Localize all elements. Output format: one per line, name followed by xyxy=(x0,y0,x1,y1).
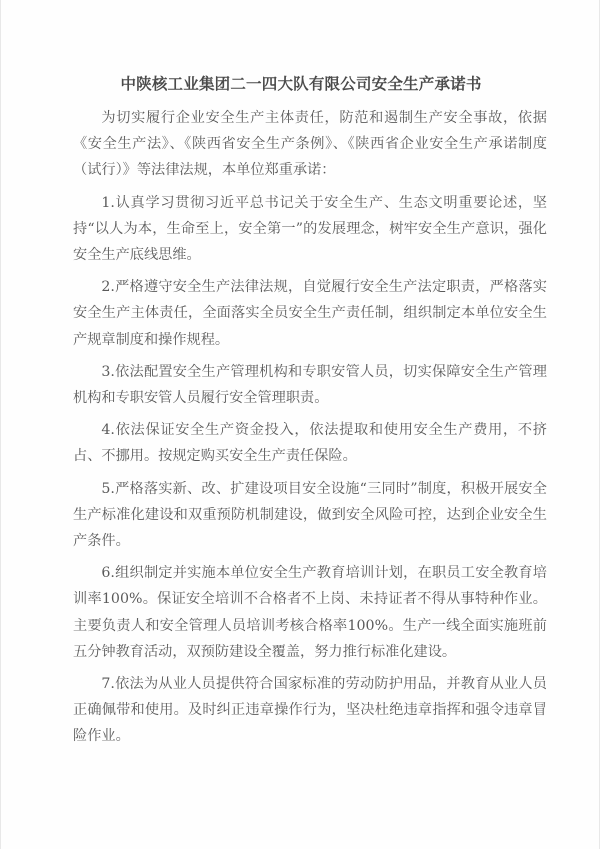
commitment-item-3: 3.依法配置安全生产管理机构和专职安管人员，切实保障安全生产管理机构和专职安管人… xyxy=(73,359,547,411)
item-number: 3. xyxy=(101,364,115,380)
commitment-item-4: 4.依法保证安全生产资金投入，依法提取和使用安全生产费用，不挤占、不挪用。按规定… xyxy=(73,417,547,469)
item-number: 4. xyxy=(101,422,115,438)
item-number: 7. xyxy=(101,676,115,692)
item-text: 依法保证安全生产资金投入，依法提取和使用安全生产费用，不挤占、不挪用。按规定购买… xyxy=(73,422,547,464)
commitment-item-7: 7.依法为从业人员提供符合国家标准的劳动防护用品，并教育从业人员正确佩带和使用。… xyxy=(73,671,547,750)
item-text: 组织制定并实施本单位安全生产教育培训计划，在职员工安全教育培训率100%。保证安… xyxy=(73,565,547,660)
commitment-item-2: 2.严格遵守安全生产法律法规，自觉履行安全生产法定职责，严格落实安全生产主体责任… xyxy=(73,274,547,353)
commitment-item-5: 5.严格落实新、改、扩建设项目安全设施“三同时”制度，积极开展安全生产标准化建设… xyxy=(73,476,547,555)
item-text: 严格落实新、改、扩建设项目安全设施“三同时”制度，积极开展安全生产标准化建设和双… xyxy=(73,481,547,549)
document-title: 中陕核工业集团二一四大队有限公司安全生产承诺书 xyxy=(1,72,600,94)
document-body: 为切实履行企业安全生产主体责任，防范和遏制生产安全事故，依据《安全生产法》、《陕… xyxy=(73,105,547,756)
intro-paragraph: 为切实履行企业安全生产主体责任，防范和遏制生产安全事故，依据《安全生产法》、《陕… xyxy=(73,105,547,184)
item-number: 5. xyxy=(101,481,115,497)
item-text: 依法为从业人员提供符合国家标准的劳动防护用品，并教育从业人员正确佩带和使用。及时… xyxy=(73,676,547,744)
item-number: 2. xyxy=(101,279,115,295)
document-page: 中陕核工业集团二一四大队有限公司安全生产承诺书 为切实履行企业安全生产主体责任，… xyxy=(0,0,600,849)
item-number: 1. xyxy=(101,195,115,211)
item-text: 严格遵守安全生产法律法规，自觉履行安全生产法定职责，严格落实安全生产主体责任，全… xyxy=(73,279,547,347)
item-text: 认真学习贯彻习近平总书记关于安全生产、生态文明重要论述，坚持“以人为本，生命至上… xyxy=(73,195,547,263)
commitment-item-1: 1.认真学习贯彻习近平总书记关于安全生产、生态文明重要论述，坚持“以人为本，生命… xyxy=(73,190,547,269)
item-text: 依法配置安全生产管理机构和专职安管人员，切实保障安全生产管理机构和专职安管人员履… xyxy=(73,364,547,406)
item-number: 6. xyxy=(101,565,115,581)
commitment-item-6: 6.组织制定并实施本单位安全生产教育培训计划，在职员工安全教育培训率100%。保… xyxy=(73,560,547,665)
